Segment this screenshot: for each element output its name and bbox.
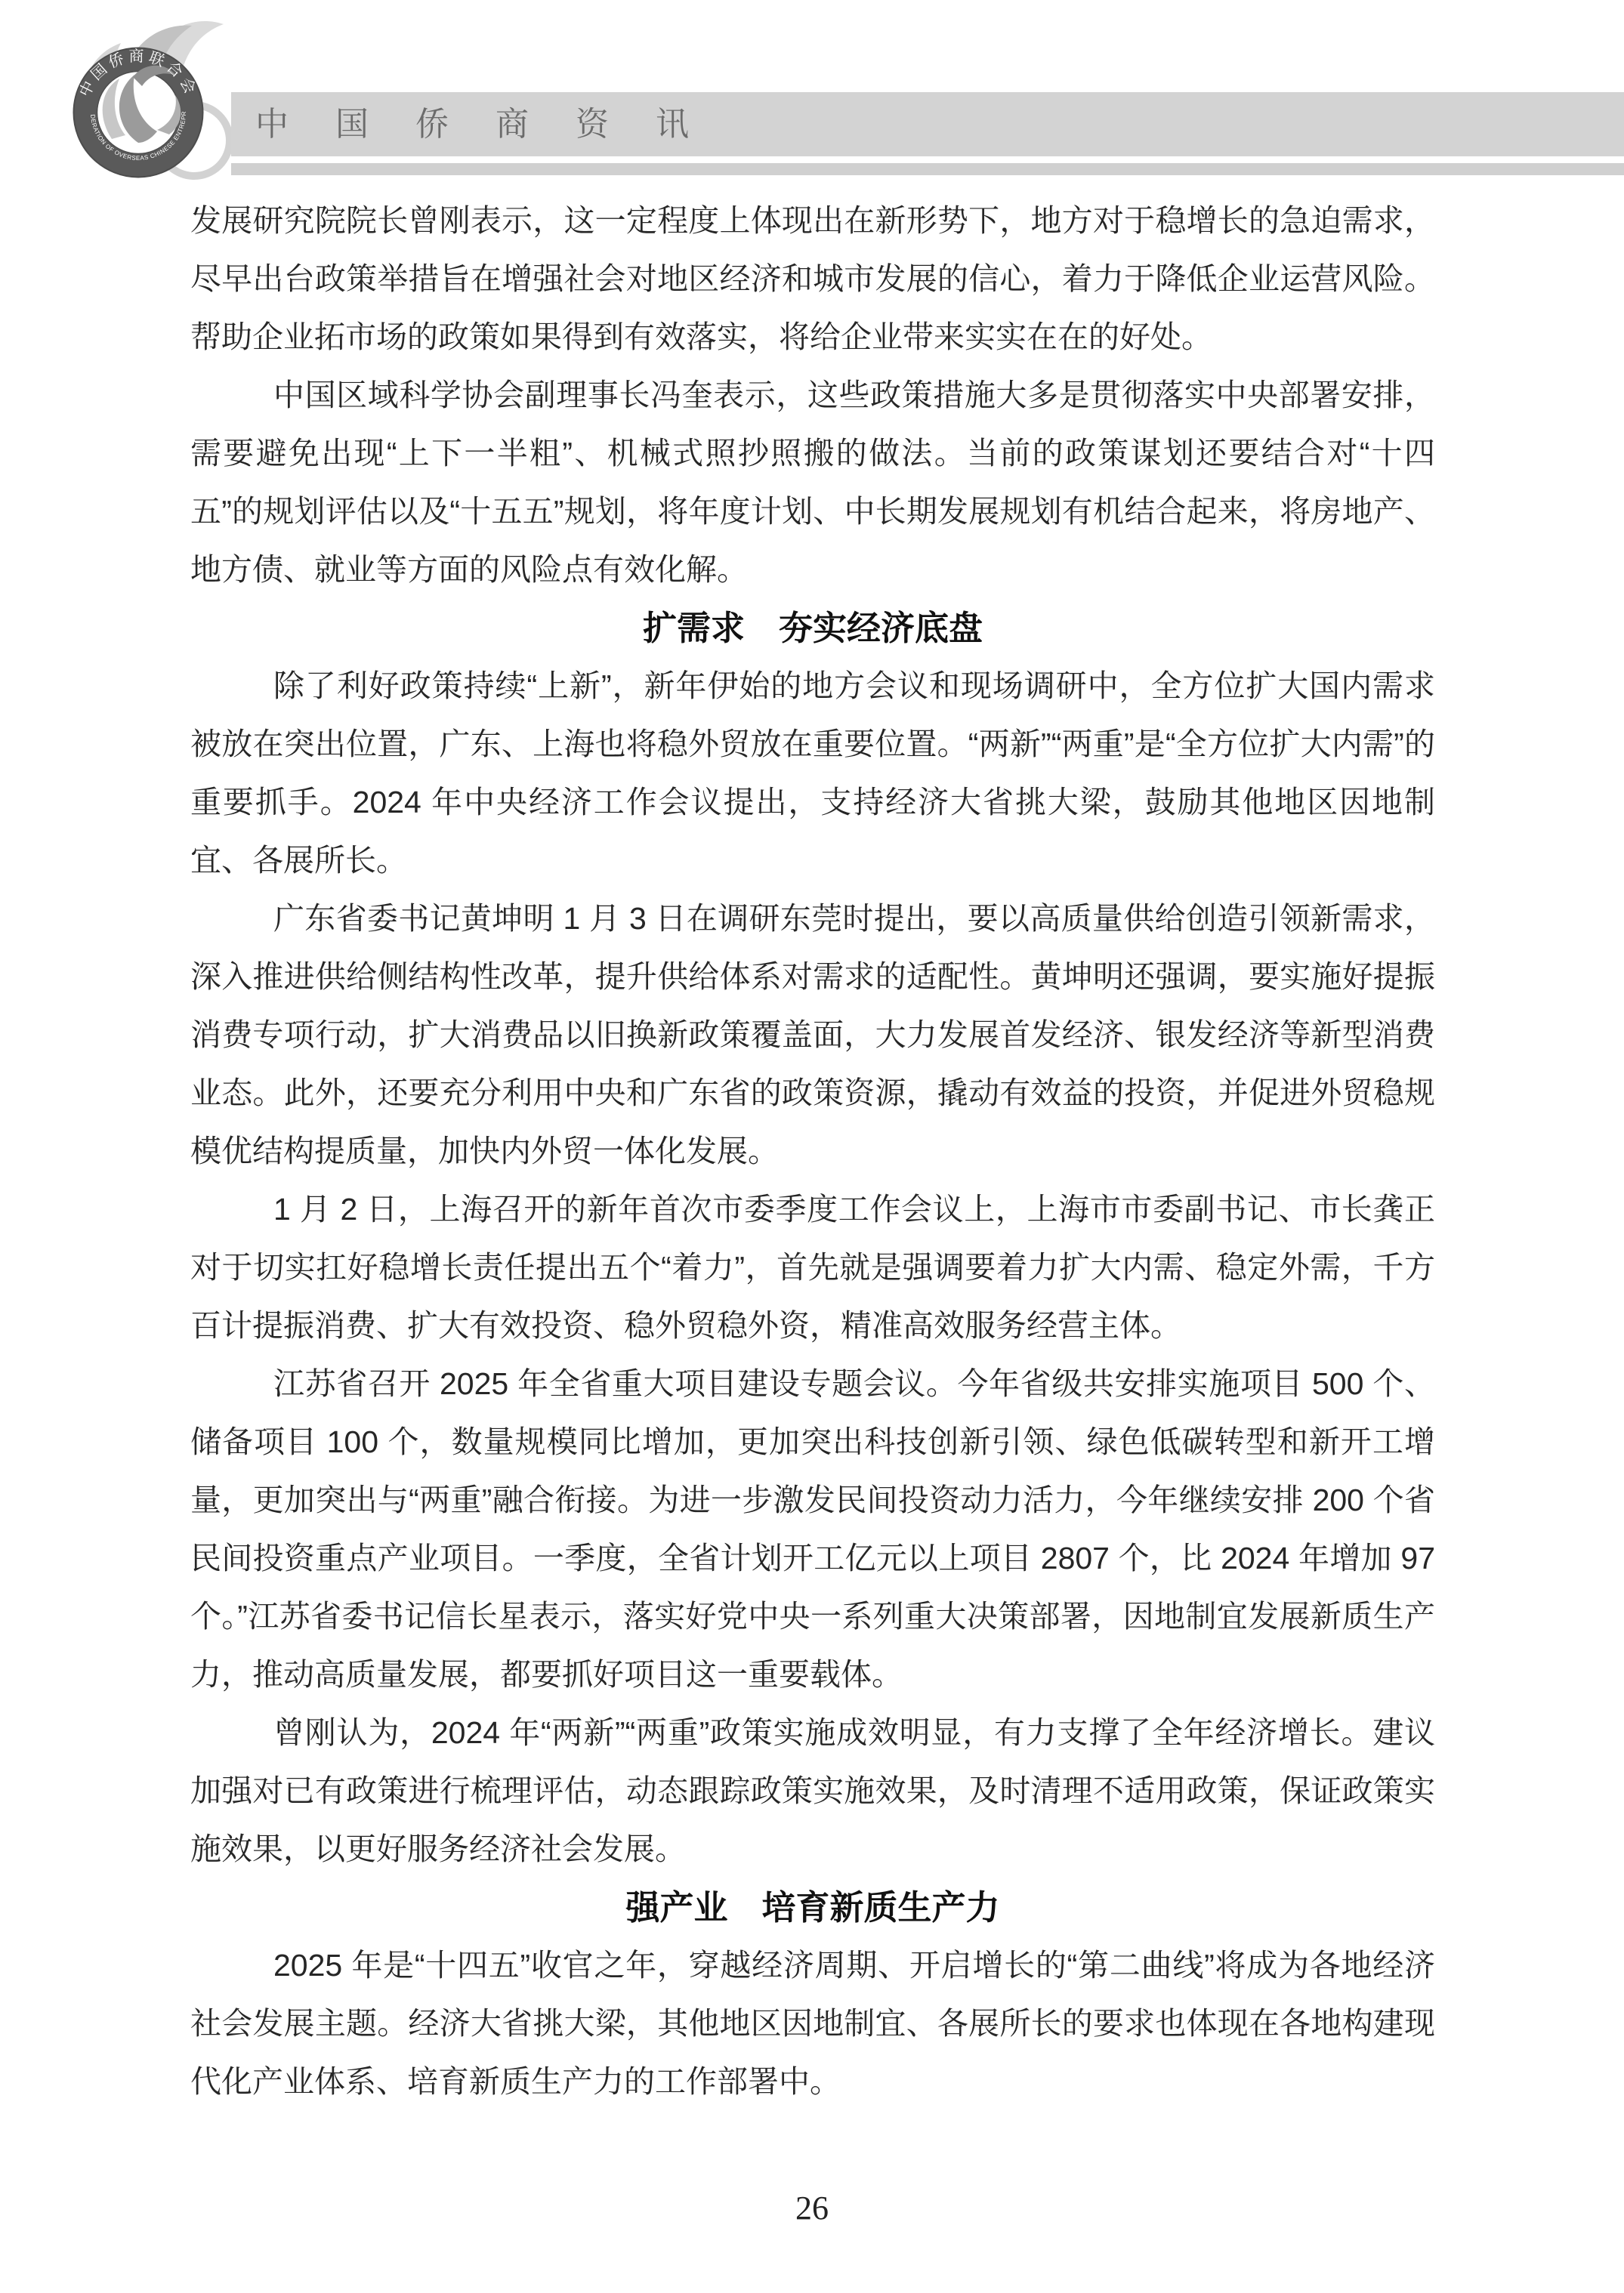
section-heading: 扩需求 夯实经济底盘 [190,599,1435,657]
header-title: 中国侨商资讯 [231,92,1624,156]
paragraph: 曾刚认为，2024 年“两新”“两重”政策实施成效明显，有力支撑了全年经济增长。… [190,1704,1435,1878]
paragraph: 广东省委书记黄坤明 1 月 3 日在调研东莞时提出，要以高质量供给创造引领新需求… [190,890,1435,1180]
header-bar: 中国侨商资讯 [231,92,1624,156]
section-heading: 强产业 培育新质生产力 [190,1878,1435,1937]
page-number: 26 [0,2189,1624,2227]
paragraph: 1 月 2 日，上海召开的新年首次市委季度工作会议上，上海市市委副书记、市长龚正… [190,1180,1435,1355]
header-rule [231,163,1624,175]
document-page: 中国侨商联合会 CHINA FEDERATION OF OVERSEAS CHI… [0,0,1624,2293]
article-body: 发展研究院院长曾刚表示，这一定程度上体现出在新形势下，地方对于稳增长的急迫需求，… [190,192,1435,2111]
federation-logo-icon: 中国侨商联合会 CHINA FEDERATION OF OVERSEAS CHI… [36,3,248,189]
paragraph: 2025 年是“十四五”收官之年，穿越经济周期、开启增长的“第二曲线”将成为各地… [190,1937,1435,2111]
paragraph: 发展研究院院长曾刚表示，这一定程度上体现出在新形势下，地方对于稳增长的急迫需求，… [190,192,1435,366]
paragraph: 中国区域科学协会副理事长冯奎表示，这些政策措施大多是贯彻落实中央部署安排，需要避… [190,366,1435,599]
paragraph: 除了利好政策持续“上新”，新年伊始的地方会议和现场调研中，全方位扩大国内需求被放… [190,657,1435,890]
paragraph: 江苏省召开 2025 年全省重大项目建设专题会议。今年省级共安排实施项目 500… [190,1355,1435,1704]
